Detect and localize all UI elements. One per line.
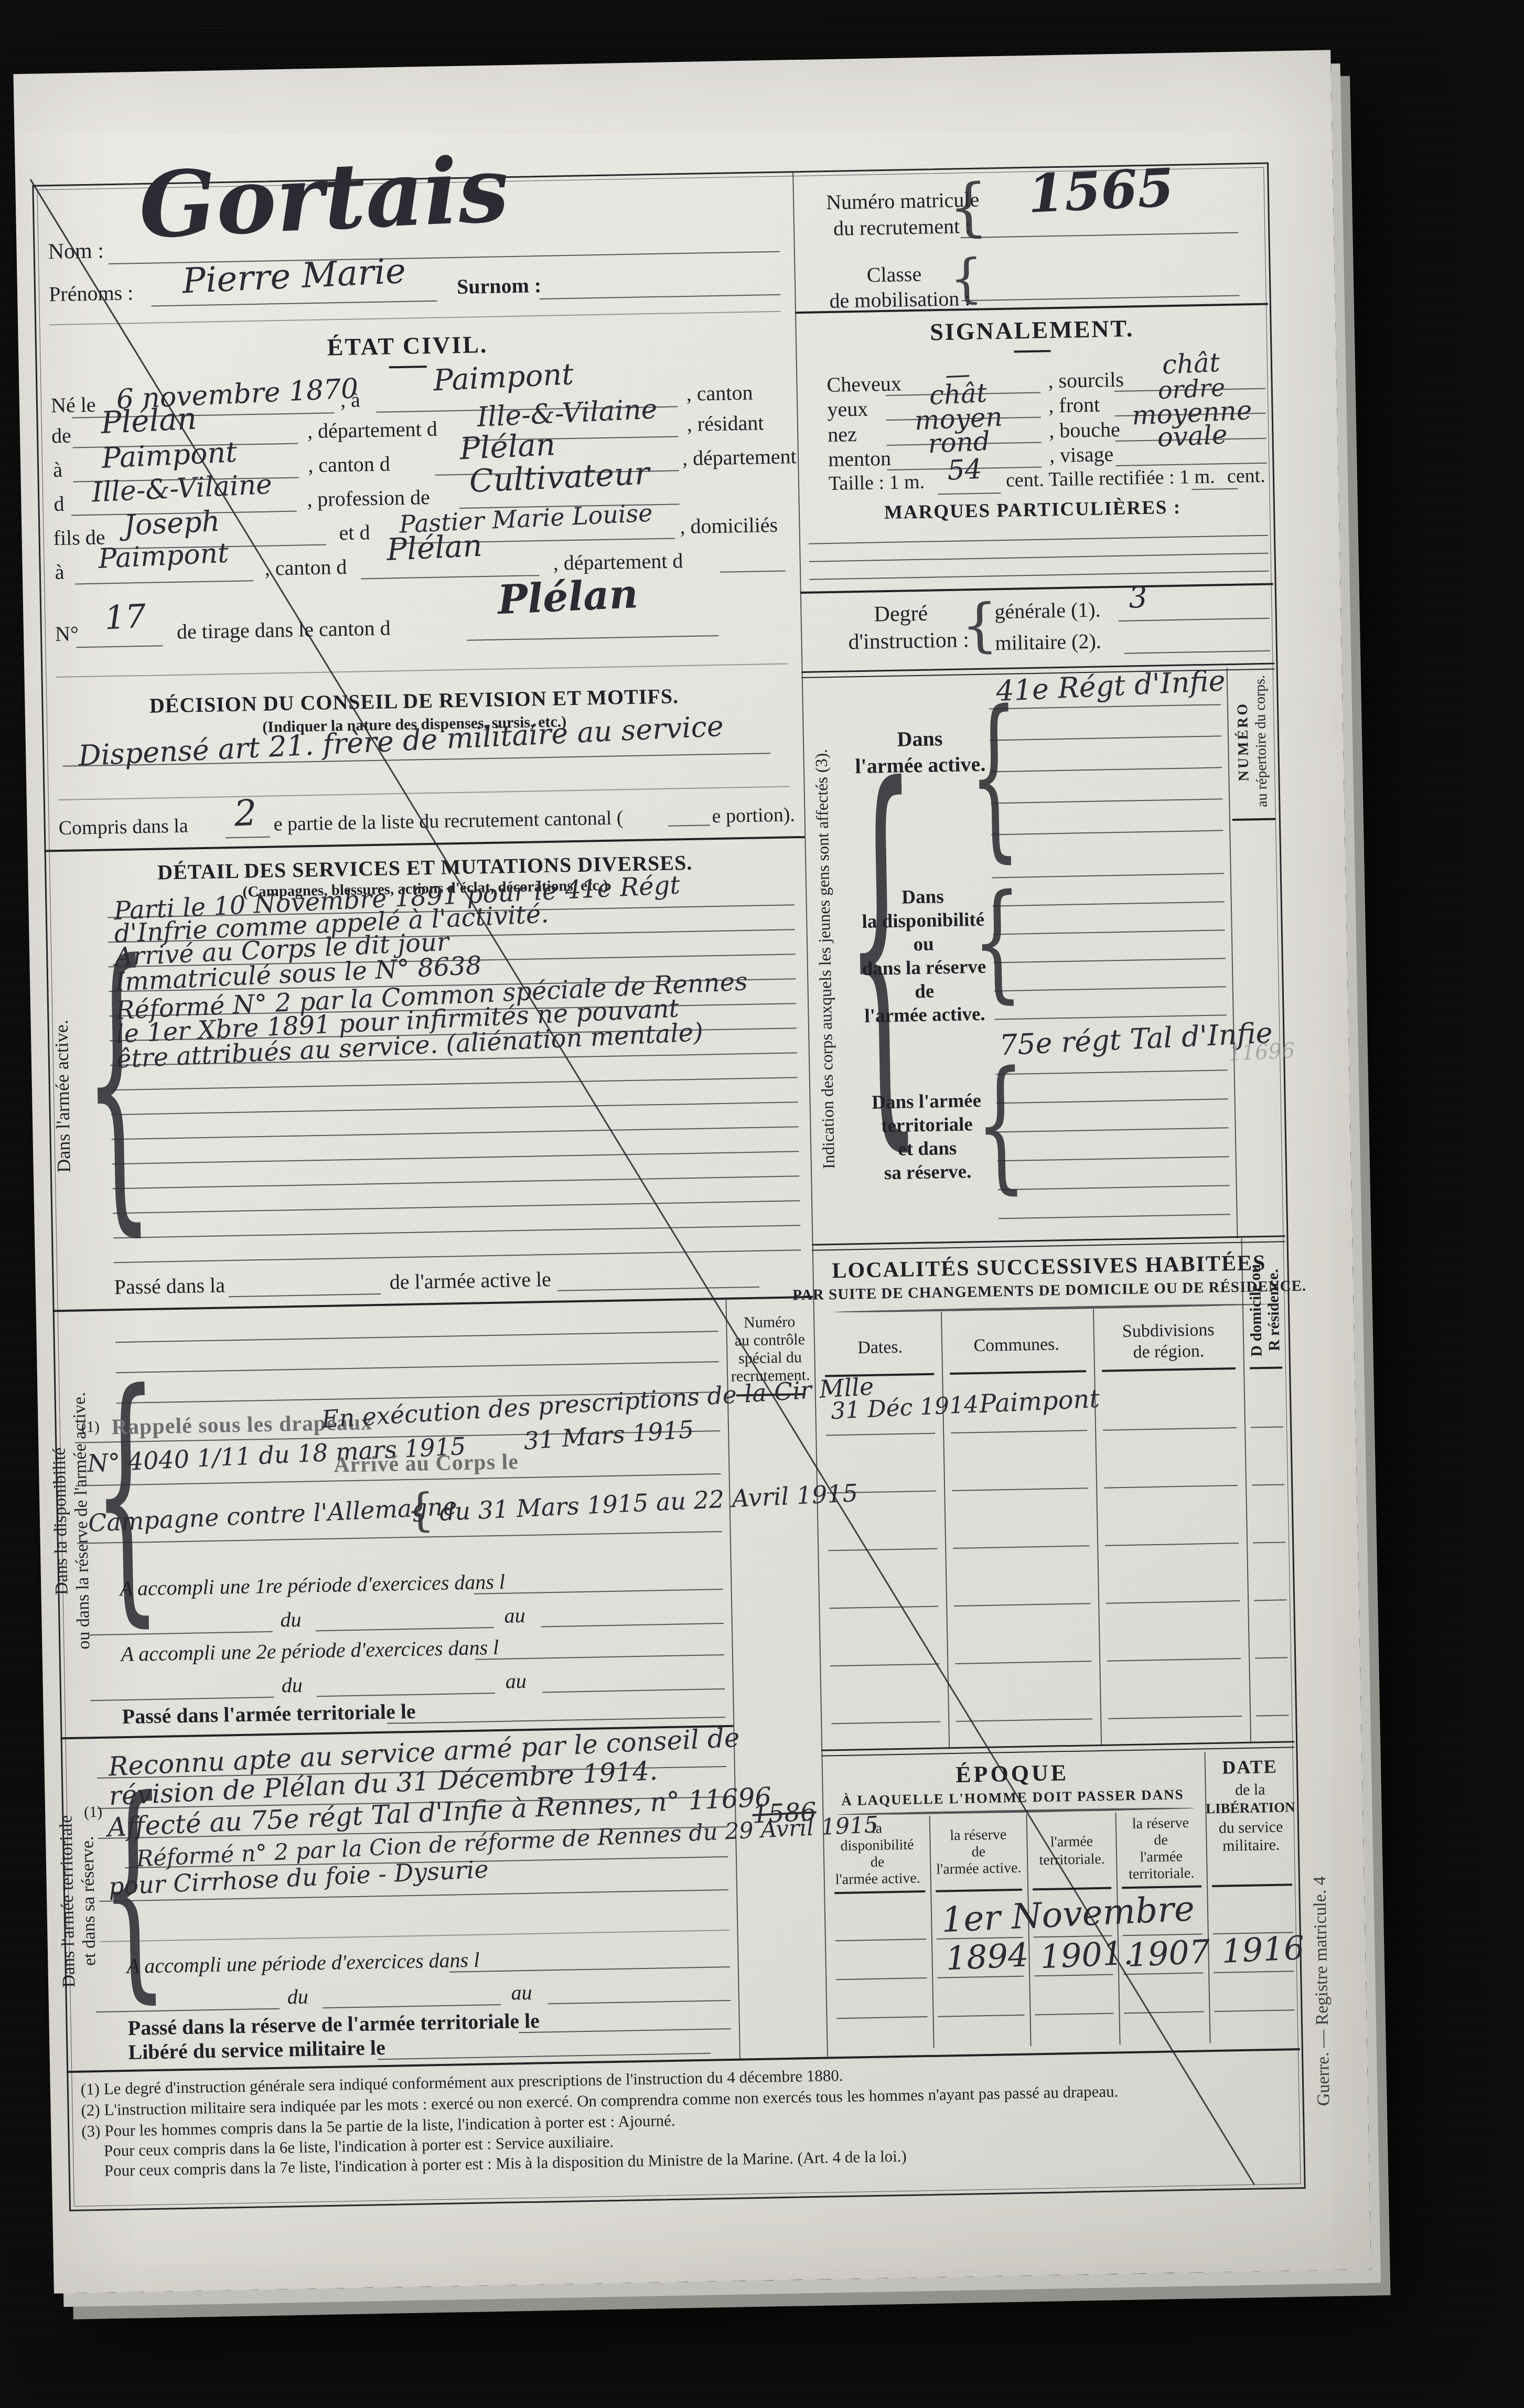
epoque-rows-c3 [13, 50, 1330, 74]
classe-brace: { [949, 250, 984, 308]
marques-blank-lines [13, 50, 1330, 74]
taille-rect-cent: cent. [1227, 466, 1266, 487]
localites-col-subdiv-1: Subdivisions [1122, 1321, 1215, 1341]
corps-dispo-lines [13, 50, 1330, 74]
register-page: Nom : Gortais Prénoms : Pierre Marie Sur… [13, 50, 1371, 2293]
ec-r1v2: Paimpont [433, 360, 574, 395]
libere-label: Libéré du service militaire le [128, 2037, 385, 2063]
terr-au-label: au [511, 1982, 532, 2004]
corps-terr-brace: { [974, 1046, 1027, 1204]
epoque-rows-c2 [13, 50, 1330, 74]
corps-terr-label-3: et dans [898, 1139, 957, 1160]
ec-r4v2: Cultivateur [468, 458, 650, 498]
matricule-value: 1565 [1027, 161, 1175, 220]
epoque-col2-2: de [971, 1844, 985, 1860]
epoque-rows-c5 [13, 50, 1330, 74]
epoque-year-1: 1894 [945, 1939, 1029, 1975]
passe-active-label-a: Passé dans la [114, 1274, 225, 1298]
epoque-col2-1: la réserve [950, 1827, 1007, 1843]
ec-r2b: , département d [307, 418, 437, 443]
visage-label: , visage [1049, 443, 1114, 466]
scan-background: Nom : Gortais Prénoms : Pierre Marie Sur… [0, 0, 1524, 2408]
ec-r5b: et d [339, 521, 370, 544]
epoque-rows-c4 [13, 50, 1330, 74]
controle-header-3: spécial du [738, 1349, 802, 1367]
localites-blank-subdiv [13, 50, 1330, 74]
corps-dispo-label-4: dans la réserve [862, 957, 986, 980]
corps-dispo-brace: { [971, 872, 1024, 1013]
corps-dispo-label-6: l'armée active. [864, 1004, 985, 1027]
dispo-blank-lines [13, 50, 1330, 74]
menton-label: menton [828, 447, 892, 470]
corps-terr-label-2: territoriale [881, 1115, 973, 1137]
tirage-no-value: 17 [104, 600, 147, 635]
nez-label: nez [828, 423, 857, 446]
epoque-date-5: militaire. [1222, 1837, 1280, 1854]
localites-row-date: 31 Déc 1914 [830, 1393, 979, 1423]
au-label-2: au [505, 1670, 527, 1693]
epoque-date-4: du service [1219, 1819, 1283, 1837]
classe-label-line1: Classe [866, 263, 921, 286]
epoque-date-2: de la [1235, 1781, 1265, 1799]
du-label-2: du [281, 1674, 303, 1697]
register-side-label: Guerre. — Registre matricule. 4 [1311, 1876, 1333, 2106]
epoque-year-3: 1907 [1126, 1935, 1210, 1972]
du-label: du [280, 1609, 302, 1631]
tirage-canton-value: Plélan [497, 574, 639, 620]
terr-margin-label-2: et dans sa réserve. [79, 1836, 99, 1966]
ec-r2v2: Ille-&-Vilaine [476, 395, 658, 431]
corps-terr-lines [13, 50, 1330, 74]
ec-r2a: de [51, 424, 72, 447]
ec-r3b: , canton d [308, 453, 390, 476]
corps-dispo-label-1: Dans [901, 887, 944, 908]
compris-label-c: e portion). [712, 805, 795, 827]
localites-blank-communes [13, 50, 1330, 74]
signalement-title: SIGNALEMENT. [930, 316, 1134, 345]
compris-value: 2 [233, 796, 257, 832]
epoque-date-1: DATE [1222, 1757, 1278, 1778]
taille-label: Taille : 1 m. [829, 472, 925, 495]
passe-terr-label: Passé dans l'armée territoriale le [122, 1700, 415, 1728]
epoque-col3-2: territoriale. [1039, 1852, 1105, 1868]
au-label: au [504, 1604, 525, 1627]
epoque-year-4: 1916 [1221, 1932, 1305, 1968]
ec-r6v2: Plélan [386, 530, 483, 565]
ec-r2c: , résidant [686, 412, 764, 435]
corps-terr-label-1: Dans l'armée [872, 1091, 981, 1114]
ec-r5c: , domiciliés [680, 514, 778, 538]
militaire-label: militaire (2). [995, 630, 1101, 655]
ec-r4a: d [53, 493, 65, 515]
degre-label-2: d'instruction : [848, 628, 969, 654]
yeux-label: yeux [827, 398, 868, 421]
corps-dispo-label-2: la disponibilité [862, 910, 984, 933]
epoque-col1-1: la [872, 1821, 883, 1837]
visage-value: ovale [1156, 421, 1228, 451]
prenoms-label: Prénoms : [49, 282, 134, 305]
epoque-col4-3: l'armée [1140, 1849, 1183, 1865]
localites-blank-dr [13, 50, 1330, 74]
degre-brace: { [961, 593, 999, 657]
terr-note-ref: (1) [84, 1804, 103, 1821]
epoque-col4-1: la réserve [1132, 1815, 1189, 1832]
degre-label-1: Degré [874, 602, 928, 626]
terr-margin-label-1: Dans l'armée territoriale [57, 1815, 78, 1988]
controle-header-2: au contrôle [735, 1331, 806, 1349]
matricule-brace: { [948, 173, 989, 242]
nom-label: Nom : [48, 239, 104, 263]
epoque-title: ÉPOQUE [956, 1761, 1069, 1787]
corps-dispo-label-5: de [915, 981, 935, 1002]
ec-r2v1: Plélan [100, 403, 197, 438]
ec-r4v1: Ille-&-Vilaine [91, 471, 273, 507]
epoque-col1-2: disponibilité [840, 1837, 914, 1854]
epoque-rows-c1 [13, 50, 1330, 74]
corps-active-label-2: l'armée active. [855, 753, 985, 778]
epoque-col4-4: territoriale. [1129, 1866, 1195, 1882]
dispo-margin-label-1: Dans la disponibilité [50, 1447, 71, 1595]
localites-blank-dates [13, 50, 1330, 74]
localites-col-dr-1: D domicile ou [1247, 1264, 1264, 1357]
taille-rect-label: cent. Taille rectifiée : 1 m. [1006, 467, 1215, 491]
campagne-brace: { [405, 1485, 435, 1536]
ec-r4b: , profession de [307, 486, 430, 510]
front-label: , front [1048, 394, 1100, 417]
ec-r3c: , département [682, 445, 797, 469]
arrive-stamp: Arrivé au Corps le [334, 1451, 519, 1476]
ec-r1a: Né le [51, 394, 96, 417]
bouche-label: , bouche [1049, 419, 1120, 442]
passe-active-label-b: de l'armée active le [389, 1268, 551, 1293]
ec-r6v1: Paimpont [98, 540, 229, 573]
epoque-date-3: LIBÉRATION [1206, 1800, 1295, 1816]
tirage-no-label: N° [55, 623, 79, 645]
localites-col-communes: Communes. [973, 1335, 1059, 1355]
cheveux-label: Cheveux [827, 372, 901, 396]
menton-value: rond [927, 428, 990, 457]
sourcils-label: , sourcils [1048, 369, 1124, 392]
localites-col-dr-2: R résidence. [1265, 1269, 1283, 1351]
nom-value: Gortais [137, 144, 511, 251]
generale-value: 3 [1128, 583, 1148, 613]
ec-r3v2: Plélan [459, 429, 556, 464]
etat-civil-title: ÉTAT CIVIL. [327, 332, 488, 360]
ec-r3v1: Paimpont [101, 438, 238, 473]
generale-label: générale (1). [994, 599, 1101, 623]
ec-r1b: , à [340, 389, 361, 411]
corps-terr-number: 11696 [1228, 1040, 1295, 1064]
tirage-label: de tirage dans le canton d [177, 617, 391, 643]
ec-r3a: à [53, 459, 63, 481]
prenoms-value: Pierre Marie [181, 254, 406, 299]
localites-col-subdiv-2: de région. [1133, 1342, 1205, 1362]
localites-col-dates: Dates. [857, 1338, 903, 1357]
surnom-label: Surnom : [457, 274, 542, 298]
corps-active-lines [13, 50, 1330, 74]
services-margin-label: Dans l'armée active. [51, 1020, 73, 1173]
dispo-note-ref: (1) [81, 1419, 100, 1436]
corps-terr-label-4: sa réserve. [884, 1162, 972, 1184]
repertoire-label-2: au répertoire du corps. [1253, 675, 1270, 807]
epoque-col3-1: l'armée [1050, 1834, 1093, 1850]
epoque-col4-2: de [1154, 1833, 1168, 1848]
ec-r6b: , canton d [264, 556, 347, 580]
ec-r1c: , canton [686, 382, 753, 405]
services-ruled-lines [13, 50, 1330, 74]
localites-row-commune: Paimpont [979, 1386, 1100, 1417]
corps-dispo-label-3: ou [913, 934, 934, 955]
ec-r6a: à [55, 561, 65, 583]
epoque-year-2: 1901. [1039, 1936, 1134, 1973]
ec-r5v1: Joseph [123, 507, 220, 540]
repertoire-label-1: NUMÉRO [1236, 702, 1252, 782]
taille-value: 54 [947, 456, 983, 485]
controle-header-1: Numéro [744, 1313, 796, 1331]
epoque-col1-3: de [871, 1855, 885, 1870]
epoque-col2-3: l'armée active. [936, 1860, 1022, 1877]
corps-active-label-1: Dans [897, 727, 942, 751]
terr-du-label: du [287, 1986, 308, 2008]
epoque-col1-4: l'armée active. [835, 1870, 920, 1887]
compris-label-a: Compris dans la [58, 816, 188, 839]
